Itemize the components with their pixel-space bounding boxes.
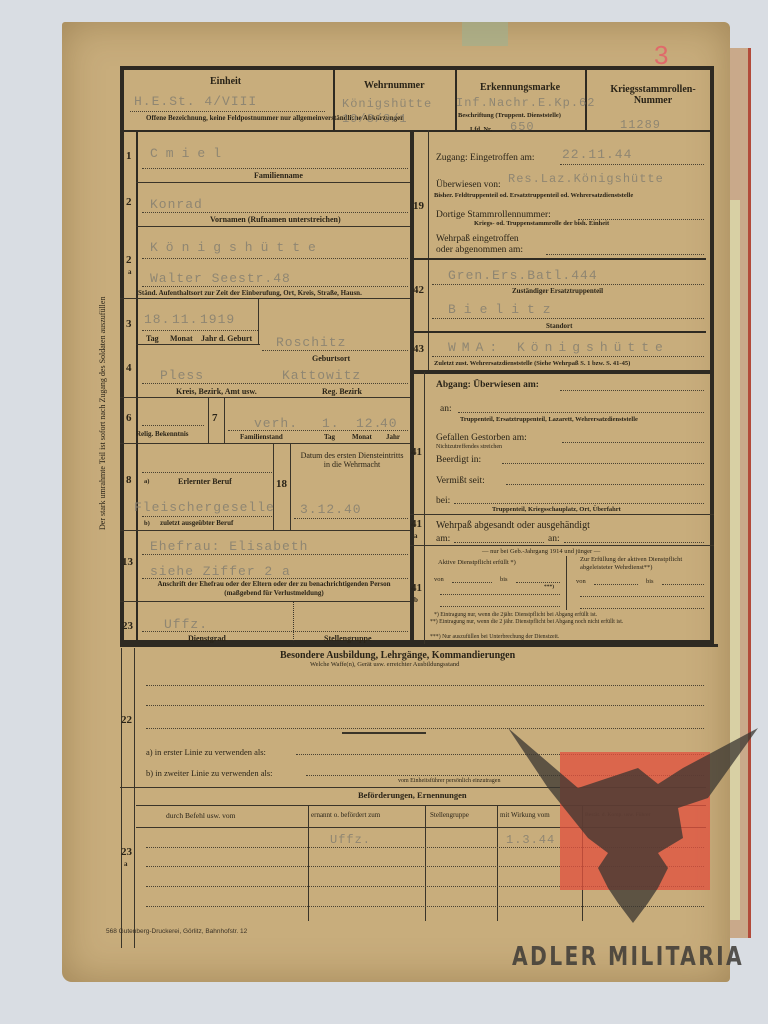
bei-label: bei: — [436, 496, 450, 506]
anschrift-value-1: Ehefrau: Elisabeth — [150, 539, 308, 554]
kriegsstammrolle-label: Kriegsstammrollen-Nummer — [598, 84, 708, 106]
abgang-label: Abgang: Überwiesen am: — [436, 380, 539, 390]
ueberwiesen-label: Überwiesen von: — [436, 180, 501, 190]
dotted-line — [142, 578, 408, 579]
num-column — [136, 130, 138, 644]
dotted-line — [142, 631, 408, 632]
field-number: 19 — [413, 200, 424, 212]
divider — [410, 331, 706, 333]
field-number: 23 — [121, 846, 132, 858]
field-number: 2 — [126, 254, 132, 266]
bis-label: bis — [500, 576, 508, 583]
dotted-line — [146, 705, 704, 706]
footnote-marker: ***) — [544, 584, 554, 590]
dotted-line — [458, 412, 704, 413]
heirat-tag: 1. — [322, 416, 340, 431]
erlernter-beruf-marker: a) — [144, 478, 149, 485]
field-subletter: a — [414, 532, 418, 540]
verwendung-a-label: a) in erster Linie zu verwenden als: — [146, 747, 266, 757]
field-number: 3 — [126, 318, 132, 330]
jahr-label: Jahr d. Geburt — [201, 334, 252, 343]
vermisst-label: Vermißt seit: — [436, 476, 485, 486]
heirat-monat: 12. — [356, 416, 382, 431]
divider — [120, 644, 718, 647]
field-number: 6 — [126, 412, 132, 424]
divider — [497, 805, 498, 921]
geburt-monat: 11. — [172, 312, 198, 327]
standort-label: Standort — [546, 322, 572, 330]
dotted-line — [560, 164, 704, 165]
footnote-3: ***) Nur auszufüllen bei Unterbrechung d… — [430, 634, 559, 640]
divider — [136, 344, 260, 345]
divider — [120, 443, 410, 444]
wehrnummer-value-1: Königshütte — [342, 97, 432, 111]
dotted-line — [142, 258, 408, 259]
tag-label: Tag — [324, 433, 335, 441]
dotted-line — [142, 212, 408, 213]
erkennungsmarke-hint: Beschriftung (Truppent. Dienststelle) — [458, 112, 561, 119]
dotted-line — [580, 608, 704, 609]
ausgeuebter-beruf-label: zuletzt ausgeübter Beruf — [160, 519, 233, 527]
field-number: 41 — [411, 518, 422, 530]
familienname-label: Familienname — [254, 171, 303, 180]
von-label: von — [434, 576, 444, 583]
jahr-label: Jahr — [386, 433, 400, 441]
col-befehl: durch Befehl usw. vom — [166, 811, 236, 820]
zugang-label: Zugang: Eingetroffen am: — [436, 153, 535, 163]
diensteintritt-value: 3.12.40 — [300, 502, 362, 517]
watermark-text: ADLER MILITARIA — [512, 942, 744, 972]
zugang-value: 22.11.44 — [562, 147, 632, 162]
divider — [410, 514, 714, 515]
geburt-tag: 18. — [144, 312, 170, 327]
beerdigt-label: Beerdigt in: — [436, 455, 481, 465]
an-label: an: — [548, 534, 560, 544]
dotted-line — [580, 596, 704, 597]
dotted-line — [142, 425, 204, 426]
col-ernannt: ernannt o. befördert zum — [311, 811, 380, 819]
printer-imprint: 568 Gutenberg-Druckerei, Görlitz, Bahnho… — [106, 928, 247, 935]
dotted-line — [516, 582, 560, 583]
divider — [566, 556, 567, 610]
dotted-line — [506, 484, 704, 485]
footnote-2: **) Eintragung nur, wenn die 2 jähr. Die… — [430, 619, 710, 626]
dotted-line — [142, 168, 408, 169]
lfd-label: Lfd. Nr. — [470, 126, 492, 133]
wehrpass-label-2: oder abgenommen am: — [436, 245, 523, 255]
ueberwiesen-hint: Bisher. Feldtruppenteil od. Ersatztruppe… — [434, 192, 633, 199]
dotted-line — [440, 594, 560, 595]
divider — [425, 805, 426, 921]
dienstgrad-label: Dienstgrad — [188, 634, 226, 643]
dotted-line — [432, 318, 704, 319]
divider — [120, 298, 410, 299]
field-subletter: b — [414, 596, 418, 604]
field-number: 18 — [276, 478, 287, 490]
an-hint: Truppenteil, Ersatztruppenteil, Lazarett… — [460, 416, 638, 423]
dotted-line — [228, 430, 408, 431]
familienstand-value: verh. — [254, 416, 298, 431]
wohnort-value: Königshütte — [150, 240, 324, 255]
strasse-value: Walter Seestr.48 — [150, 271, 291, 286]
divider — [410, 370, 710, 374]
field-number: 42 — [413, 284, 424, 296]
erlernter-beruf-label: Erlernter Beruf — [178, 477, 232, 486]
num-column — [428, 130, 429, 370]
side-instruction: Der stark umrahmte Teil ist sofort nach … — [98, 297, 107, 530]
field-subletter: a — [124, 860, 128, 868]
ueberwiesen-value: Res.Laz.Königshütte — [508, 172, 664, 186]
religion-label: Relig. Bekenntnis — [136, 430, 189, 438]
dotted-line — [432, 356, 704, 357]
field-number: 23 — [122, 620, 133, 632]
bis-label: bis — [646, 578, 654, 585]
monat-label: Monat — [352, 433, 372, 441]
ausbildung-subtitle: Welche Waffe(n), Gerät usw. erreichter A… — [310, 661, 459, 668]
dotted-line — [562, 442, 704, 443]
divider — [120, 530, 410, 531]
standort-value: Bielitz — [448, 302, 559, 317]
wehrersatz-label: Zuletzt zust. Wehrersatzdienststelle (Si… — [434, 360, 630, 367]
dotted-line — [662, 584, 704, 585]
geburtsort-label: Geburtsort — [312, 354, 350, 363]
wehrersatz-value: WMA: Königshütte — [448, 340, 669, 355]
wehrdienst-label: Zur Erfüllung der aktiven Dienstpflicht … — [580, 556, 710, 572]
field-number: 7 — [212, 412, 218, 424]
familienname-value: Cmiel — [150, 146, 229, 161]
heirat-jahr: 40 — [380, 416, 398, 431]
dotted-line — [440, 606, 560, 607]
torn-corner — [462, 22, 508, 46]
cell-dienstgrad: Uffz. — [330, 833, 371, 847]
divider — [208, 397, 209, 443]
lfd-value: 650 — [510, 120, 535, 134]
einheitsfuehrer-note: vom Einheitsführer persönlich einzutrage… — [398, 778, 500, 784]
wehrnummer-value-2: 19/3/3/1 — [342, 112, 408, 126]
dotted-line — [142, 516, 272, 517]
geburtsort-value: Roschitz — [276, 335, 346, 350]
ersatztruppenteil-value: Gren.Ers.Batl.444 — [448, 268, 598, 283]
col-stellengruppe: Stellengruppe — [430, 811, 469, 819]
dotted-line — [502, 463, 704, 464]
dotted-line — [560, 390, 704, 391]
beruf-value: Fleischergeselle — [134, 500, 275, 515]
vornamen-value: Konrad — [150, 197, 203, 212]
dotted-line — [454, 542, 544, 543]
field-number: 2 — [126, 196, 132, 208]
divider — [136, 182, 410, 183]
dotted-line — [146, 685, 704, 686]
divider — [308, 805, 309, 921]
divider — [120, 397, 410, 398]
wehrpass-abgesandt-label: Wehrpaß abgesandt oder ausgehändigt — [436, 520, 590, 531]
divider — [342, 732, 426, 734]
field-number: 4 — [126, 362, 132, 374]
divider — [410, 258, 706, 260]
divider — [136, 226, 410, 227]
field-number: 41 — [411, 446, 422, 458]
dotted-line — [432, 284, 704, 285]
aktive-dienstpflicht-label: Aktive Dienstpflicht erfüllt *) — [438, 559, 516, 566]
bezirk-label: Reg. Bezirk — [322, 387, 362, 396]
kriegsstammrolle-value: 11289 — [620, 118, 661, 132]
wehrpass-label: Wehrpaß eingetroffen — [436, 234, 519, 244]
dotted-line — [546, 254, 704, 255]
divider — [273, 443, 274, 531]
anschrift-value-2: siehe Ziffer 2 a — [150, 564, 291, 579]
dotted-line — [262, 350, 408, 351]
divider — [120, 601, 410, 602]
verwendung-b-label: b) in zweiter Linie zu verwenden als: — [146, 768, 273, 778]
dotted-line — [594, 584, 638, 585]
einheit-value: H.E.St. 4/VIII — [134, 94, 257, 109]
ausbildung-title: Besondere Ausbildung, Lehrgänge, Kommand… — [280, 650, 515, 661]
von-label: von — [576, 578, 586, 585]
kreis-label: Kreis, Bezirk, Amt usw. — [176, 387, 257, 396]
an-label: an: — [440, 404, 452, 414]
dotted-line — [142, 472, 272, 473]
erkennungsmarke-label: Erkennungsmarke — [480, 82, 560, 93]
field-number: 13 — [122, 556, 133, 568]
divider — [290, 443, 291, 531]
num-column — [121, 648, 122, 948]
footnote-1: *) Eintragung nur, wenn die 2jähr. Diens… — [434, 612, 597, 618]
num-column — [134, 648, 135, 948]
dotted-line — [454, 503, 704, 504]
ausgeuebter-beruf-marker: b) — [144, 520, 150, 527]
dotted-line — [564, 542, 704, 543]
tag-label: Tag — [146, 334, 159, 343]
gefallen-hint: Nichtzutreffendes streichen — [436, 444, 502, 450]
einheit-label: Einheit — [210, 76, 241, 87]
eagle-watermark-icon — [508, 728, 758, 928]
divider — [293, 601, 294, 641]
wehrnummer-label: Wehrnummer — [364, 80, 425, 91]
gefallen-label: Gefallen Gestorben am: — [436, 433, 527, 443]
divider — [410, 545, 714, 546]
dotted-line — [294, 518, 408, 519]
anschrift-label: Anschrift der Ehefrau oder der Eltern od… — [140, 580, 408, 598]
dotted-line — [142, 383, 408, 384]
field-number: 22 — [121, 714, 132, 726]
wohnort-label: Ständ. Aufenthaltsort zur Zeit der Einbe… — [138, 289, 362, 297]
field-number: 41 — [411, 582, 422, 594]
field-number: 8 — [126, 474, 132, 486]
stammrolle-label: Dortige Stammrollennummer: — [436, 210, 551, 220]
monat-label: Monat — [170, 334, 193, 343]
bezirk-value: Kattowitz — [282, 368, 361, 383]
num-column — [424, 372, 425, 644]
dienstgrad-value: Uffz. — [164, 617, 208, 632]
jahrgang-title: — nur bei Geb.-Jahrgang 1914 und jünger … — [482, 548, 600, 555]
dotted-line — [130, 111, 325, 112]
am-label: am: — [436, 534, 450, 544]
field-number: 43 — [413, 343, 424, 355]
dotted-line — [142, 286, 408, 287]
stellengruppe-label: Stellengruppe — [324, 634, 372, 643]
divider — [224, 397, 225, 443]
erkennungsmarke-value: Inf.Nachr.E.Kp.62 — [456, 96, 595, 110]
befoerderungen-title: Beförderungen, Ernennungen — [358, 790, 467, 800]
kreis-value: Pless — [160, 368, 204, 383]
diensteintritt-label: Datum des ersten Diensteintritts in die … — [300, 451, 404, 469]
familienstand-label: Familienstand — [240, 433, 283, 441]
ersatztruppenteil-label: Zuständiger Ersatztruppenteil — [512, 287, 603, 295]
divider — [258, 298, 259, 344]
stammrolle-hint: Kriegs- od. Truppenstammrolle der bish. … — [474, 220, 609, 227]
field-subletter: a — [128, 268, 132, 276]
dotted-line — [452, 582, 492, 583]
dotted-line — [142, 330, 258, 331]
dotted-line — [142, 554, 408, 555]
field-number: 1 — [126, 150, 132, 162]
vornamen-label: Vornamen (Rufnamen unterstreichen) — [210, 215, 341, 224]
geburt-jahr: 1919 — [200, 312, 235, 327]
bei-hint: Truppenteil, Kriegsschauplatz, Ort, Über… — [492, 506, 621, 513]
